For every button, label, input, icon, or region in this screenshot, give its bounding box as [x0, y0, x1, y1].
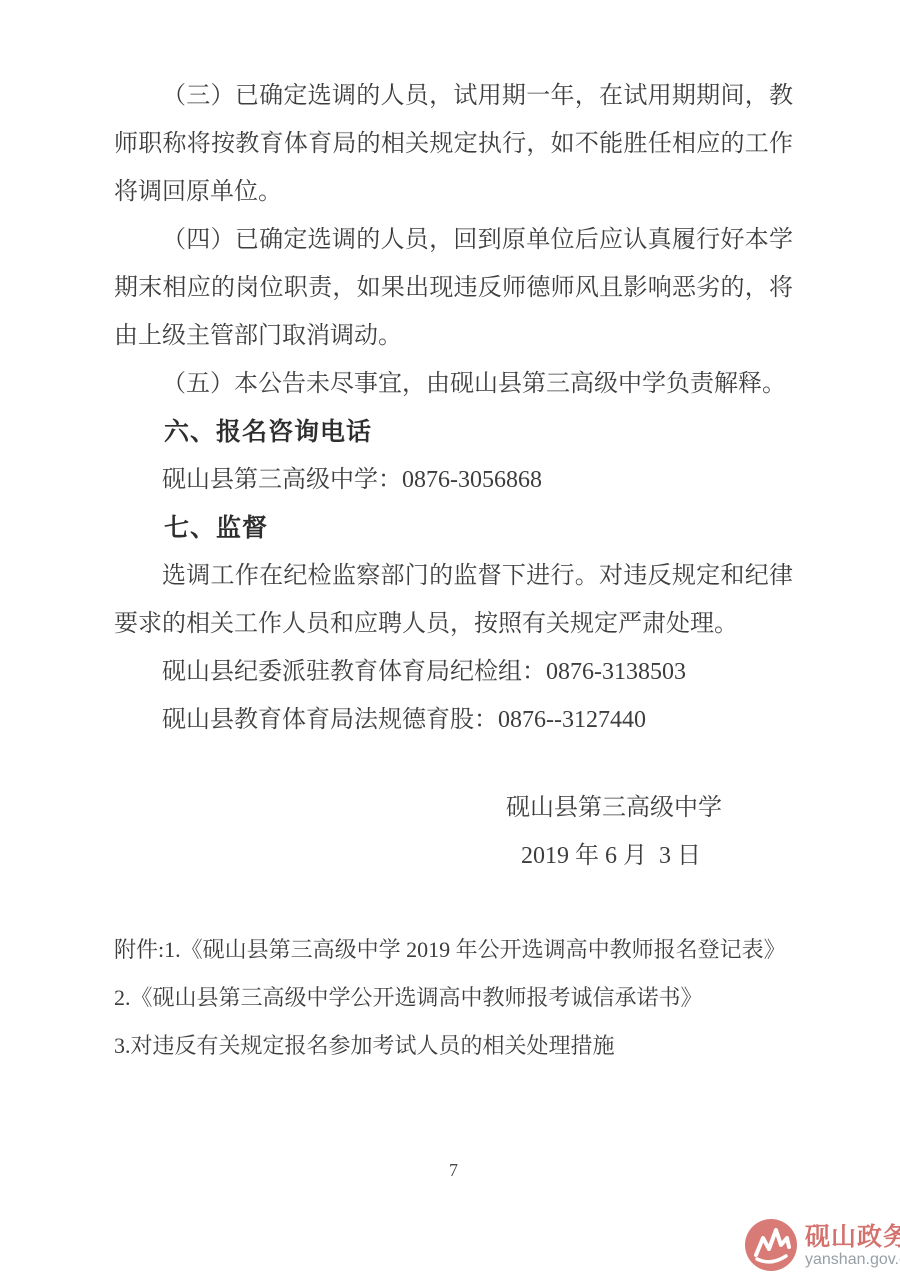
document-content: （三）已确定选调的人员，试用期一年，在试用期期间，教师职称将按教育体育局的相关规…	[114, 72, 793, 1194]
phone-line-school: 砚山县第三高级中学：0876-3056868	[162, 456, 793, 504]
paragraph-supervision: 选调工作在纪检监察部门的监督下进行。对违反规定和纪律要求的相关工作人员和应聘人员…	[114, 552, 793, 648]
section-heading-contact: 六、报名咨询电话	[164, 408, 793, 456]
document-page: （三）已确定选调的人员，试用期一年，在试用期期间，教师职称将按教育体育局的相关规…	[0, 0, 900, 1273]
watermark-site-url: yanshan.gov.cn	[805, 1251, 900, 1268]
paragraph-item-5: （五）本公告未尽事宜，由砚山县第三高级中学负责解释。	[114, 360, 793, 408]
attachments-block: 附件:1.《砚山县第三高级中学 2019 年公开选调高中教师报名登记表》 2.《…	[114, 926, 793, 1070]
attachment-line-1: 附件:1.《砚山县第三高级中学 2019 年公开选调高中教师报名登记表》	[114, 926, 793, 974]
section-heading-supervision: 七、监督	[164, 504, 793, 552]
yanshan-logo-icon	[744, 1218, 798, 1272]
watermark-text-block: 砚山政务网 yanshan.gov.cn	[805, 1223, 900, 1268]
attachment-line-3: 3.对违反有关规定报名参加考试人员的相关处理措施	[114, 1022, 793, 1070]
attachment-line-2: 2.《砚山县第三高级中学公开选调高中教师报考诚信承诺书》	[114, 974, 793, 1022]
watermark-site-name: 砚山政务网	[805, 1223, 900, 1251]
signature-date: 2019 年 6 月 3 日	[521, 832, 793, 880]
paragraph-item-4: （四）已确定选调的人员，回到原单位后应认真履行好本学期末相应的岗位职责，如果出现…	[114, 216, 793, 360]
phone-line-legal-section: 砚山县教育体育局法规德育股：0876--3127440	[162, 696, 793, 744]
paragraph-item-3: （三）已确定选调的人员，试用期一年，在试用期期间，教师职称将按教育体育局的相关规…	[114, 72, 793, 216]
phone-line-discipline-group: 砚山县纪委派驻教育体育局纪检组：0876-3138503	[162, 648, 793, 696]
signature-organization: 砚山县第三高级中学	[506, 784, 793, 832]
page-number: 7	[114, 1146, 793, 1194]
site-watermark: 砚山政务网 yanshan.gov.cn	[744, 1218, 900, 1272]
